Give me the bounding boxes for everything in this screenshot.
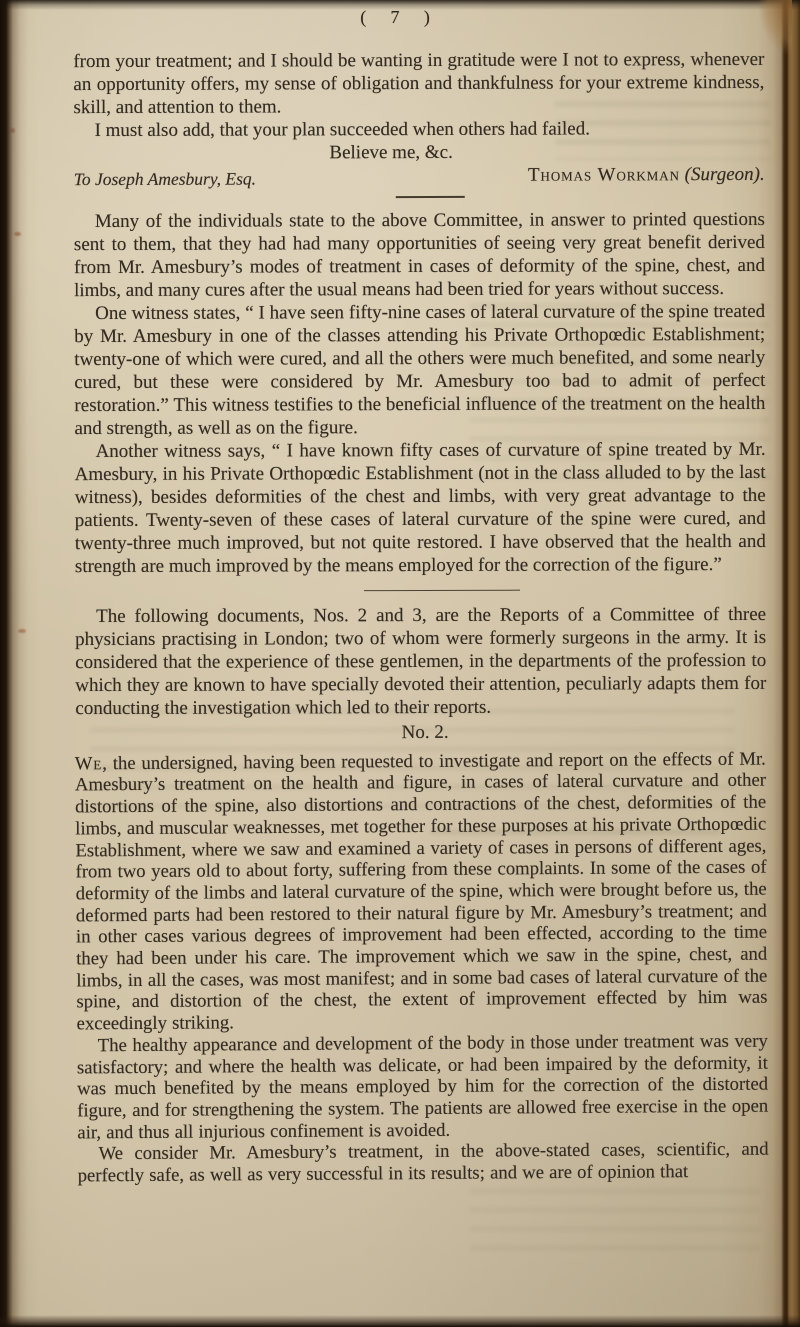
signature-title: (Surgeon).: [680, 164, 765, 185]
letter-valediction: Believe me, &c.: [46, 140, 737, 165]
letter-signature: Thomas Workman (Surgeon).: [528, 163, 765, 187]
witness2-paragraph: Another witness says, “ I have known fif…: [75, 438, 766, 578]
letter-postscript: I must also add, that your plan succeede…: [74, 117, 765, 142]
letter-closing-section: from your treatment; and I should be wan…: [73, 48, 764, 188]
letter-addressee: To Joseph Amesbury, Esq.: [74, 168, 256, 192]
bleedthrough-smudge: [470, 1175, 760, 1260]
letter-signature-row: To Joseph Amesbury, Esq. Thomas Workman …: [74, 163, 765, 188]
section-divider-short: [396, 196, 465, 198]
foxing-speck: [18, 629, 26, 633]
foxing-speck: [10, 128, 15, 133]
signature-name: Thomas Workman: [528, 164, 680, 185]
foxing-speck: [14, 232, 21, 236]
scanned-book-page: ( 7 ) from your treatment; and I should …: [0, 0, 800, 1327]
report-paragraph-3: We consider Mr. Amesbury’s treatment, in…: [77, 1139, 768, 1187]
page-content: from your treatment; and I should be wan…: [73, 0, 768, 1186]
scan-edge-left: [0, 0, 28, 1327]
report-no2-section: No. 2. We, the undersigned, having been …: [75, 720, 769, 1188]
witness1-paragraph: One witness states, “ I have seen fifty-…: [74, 300, 765, 440]
committee-intro-paragraph: Many of the individuals state to the abo…: [74, 208, 765, 302]
report-paragraph-1: We, the undersigned, having been request…: [75, 748, 768, 1035]
scan-edge-bottom: [0, 1315, 800, 1327]
report-lead-word: We: [75, 753, 103, 774]
documents-note-paragraph: The following documents, Nos. 2 and 3, a…: [75, 603, 766, 720]
report-paragraph-2: The healthy appearance and development o…: [77, 1030, 769, 1143]
committee-testimony-section: Many of the individuals state to the abo…: [74, 208, 766, 578]
documents-note-section: The following documents, Nos. 2 and 3, a…: [75, 603, 766, 720]
page-number: ( 7 ): [0, 7, 800, 28]
report-paragraph-1-rest: , the undersigned, having been requested…: [75, 748, 768, 1034]
section-divider-long: [364, 590, 520, 591]
letter-body-continuation: from your treatment; and I should be wan…: [73, 48, 764, 119]
report-no2-heading: No. 2.: [80, 720, 771, 747]
